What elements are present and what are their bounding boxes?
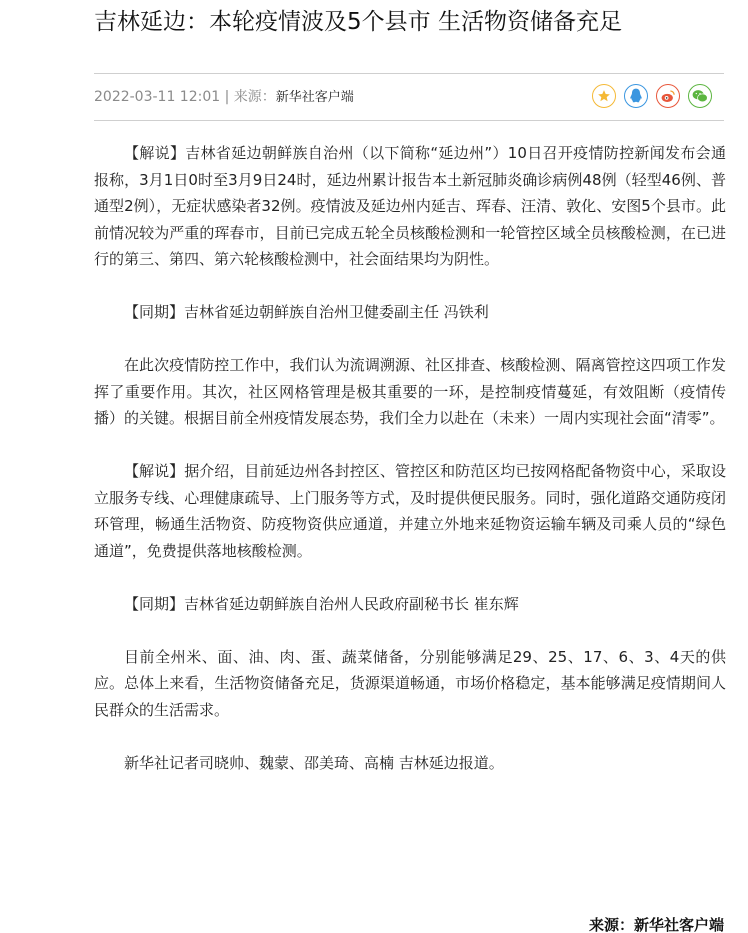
wechat-icon — [692, 89, 708, 103]
share-bar — [592, 84, 712, 108]
source-label: 来源： — [234, 89, 276, 105]
article-title: 吉林延边：本轮疫情波及5个县市 生活物资储备充足 — [94, 4, 622, 40]
meta-divider: | — [220, 89, 234, 105]
paragraph-soundbite-2: 目前全州米、面、油、肉、蛋、蔬菜储备，分别能够满足29、25、17、6、3、4天… — [94, 644, 726, 724]
footer-source: 来源：新华社客户端 — [589, 914, 724, 933]
divider-bottom — [94, 120, 724, 121]
share-weibo-button[interactable] — [656, 84, 680, 108]
paragraph-soundbite-1-speaker: 【同期】吉林省延边朝鲜族自治州卫健委副主任 冯铁利 — [94, 299, 726, 326]
share-qq-button[interactable] — [624, 84, 648, 108]
share-wechat-button[interactable] — [688, 84, 712, 108]
favorite-button[interactable] — [592, 84, 616, 108]
divider-top — [94, 73, 724, 74]
source-name: 新华社客户端 — [276, 90, 354, 105]
qq-penguin-icon — [629, 88, 643, 104]
article-body: 【解说】吉林省延边朝鲜族自治州（以下简称“延边州”）10日召开疫情防控新闻发布会… — [94, 140, 726, 803]
paragraph-commentary-2: 【解说】据介绍，目前延边州各封控区、管控区和防范区均已按网格配备物资中心，采取设… — [94, 458, 726, 564]
paragraph-commentary-1: 【解说】吉林省延边朝鲜族自治州（以下简称“延边州”）10日召开疫情防控新闻发布会… — [94, 140, 726, 273]
paragraph-byline: 新华社记者司晓帅、魏蒙、邵美琦、高楠 吉林延边报道。 — [94, 750, 726, 777]
paragraph-soundbite-2-speaker: 【同期】吉林省延边朝鲜族自治州人民政府副秘书长 崔东辉 — [94, 591, 726, 618]
weibo-icon — [661, 89, 676, 103]
star-icon — [597, 89, 611, 103]
article-meta: 2022-03-11 12:01 | 来源：新华社客户端 — [94, 86, 354, 109]
publish-datetime: 2022-03-11 12:01 — [94, 89, 220, 105]
paragraph-soundbite-1: 在此次疫情防控工作中，我们认为流调溯源、社区排查、核酸检测、隔离管控这四项工作发… — [94, 352, 726, 432]
